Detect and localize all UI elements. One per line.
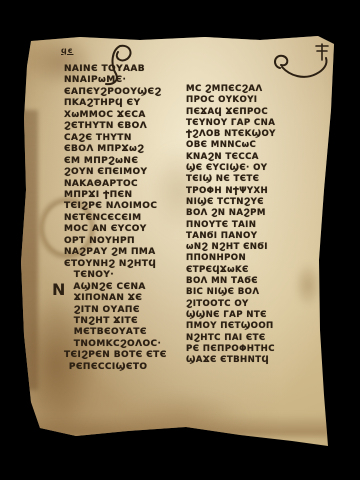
manuscript-photo: ϥє Ν ΝΑΙΝЄ ΤΟΥΑΑΒΝΝΑΙΡωΜЄ·ЄΑΠЄΥϨΡΟΟΥϢЄϨΠ…: [0, 0, 360, 480]
manuscript-text-line: ΤЄΥΝΟΥ ΓΑΡ CΝΑ: [186, 118, 328, 129]
text-column-right: ΜC ϨΜΠЄCϨΑΛΠΡΟC ΟΥΚΟΥΙΠЄϪΑϤ ϪЄΠΡΟCΤЄΥΝΟΥ…: [186, 84, 328, 366]
manuscript-text-line: ΝΑΚΑΘΑΡΤΟC: [64, 179, 186, 190]
manuscript-text-line: ΠΚΑϨΤΗΡϤ ЄΥ: [64, 98, 186, 109]
manuscript-text-line: ЄΤΡЄϤϪωΚЄ: [186, 265, 328, 276]
stain-bottom-band: [30, 414, 330, 436]
manuscript-text-line: ΡЄΠЄCCΙϢЄΤΟ: [64, 362, 186, 373]
manuscript-text-line: ΝΑΙΝЄ ΤΟΥΑΑΒ: [64, 64, 186, 75]
manuscript-text-line: ΝϨΗΤC ΠΑΙ ЄΤЄ: [186, 333, 328, 344]
manuscript-text-line: ΒΟΛ ΜΝ ΤΑϬЄ: [186, 276, 328, 287]
manuscript-text-line: ϨΙΤΟΟΤC ΟΥ: [186, 299, 328, 310]
manuscript-text-line: ΑϢΝϨЄ CЄΝΑ: [64, 282, 186, 293]
parchment-leaf: ϥє Ν ΝΑΙΝЄ ΤΟΥΑΑΒΝΝΑΙΡωΜЄ·ЄΑΠЄΥϨΡΟΟΥϢЄϨΠ…: [0, 0, 360, 480]
manuscript-text-line: CΑϨЄ ΤΗΥΤΝ: [64, 133, 186, 144]
manuscript-text-line: ϨЄΤΗΥΤΝ ЄΒΟΛ: [64, 121, 186, 132]
manuscript-text-line: ΠΡΟC ΟΥΚΟΥΙ: [186, 95, 328, 106]
manuscript-text-line: ΤΝΟΜΚCϨΟΛΟC·: [64, 339, 186, 350]
manuscript-text-line: ΜЄΤΒЄΟΥΑΤЄ: [64, 327, 186, 338]
manuscript-text-line: ЄΒΟΛ ΜΠΡϪωϨ: [64, 144, 186, 155]
manuscript-text-line: ЄΑΠЄΥϨΡΟΟΥϢЄϨ: [64, 87, 186, 98]
folio-number-mark: ϥє: [61, 46, 73, 55]
manuscript-text-line: ΝЄΤЄΝCЄCЄΙΜ: [64, 213, 186, 224]
manuscript-text-line: ϮϨΛΟΒ ΝΤЄΚϢΟΥ: [186, 129, 328, 140]
manuscript-text-line: ΤЄΙϢ ΝЄ ΤЄΤЄ: [186, 174, 328, 185]
manuscript-text-line: ΜΟC ΑΝ ЄΥCΟΥ: [64, 224, 186, 235]
manuscript-text-line: ϢЄ ЄΥCΙϢЄ· ΟΥ: [186, 163, 328, 174]
manuscript-text-line: ΤЄΝΟΥ·: [64, 270, 186, 281]
manuscript-text-line: ΠΠΟΝΗΡΟΝ: [186, 253, 328, 264]
manuscript-text-line: ЄΜ ΜΠΡϨωΝЄ: [64, 156, 186, 167]
manuscript-text-line: ΡЄ ΠЄΠΡΟΦΗΤΗC: [186, 344, 328, 355]
stain-left-edge-streak: [18, 110, 38, 390]
stain-bottom-center: [118, 392, 248, 442]
manuscript-text-line: ΤΡΟΦΗ ΝϮΨΥΧΗ: [186, 186, 328, 197]
manuscript-text-line: ΒΙC ΝΙϢЄ ΒΟΛ: [186, 287, 328, 298]
manuscript-text-line: ϢϢΝЄ ΓΑΡ ΝΤЄ: [186, 310, 328, 321]
manuscript-text-line: ϨΙΤΝ ΟΥΑΠЄ: [64, 305, 186, 316]
manuscript-text-line: ΤΝϨΗΤ ϪΙΤЄ: [64, 316, 186, 327]
manuscript-text-line: ΝΙϢЄ ΤCΤΝϨΥЄ: [186, 197, 328, 208]
manuscript-text-line: ΠΝΟΥΤЄ ΤΑΙΝ: [186, 220, 328, 231]
manuscript-text-line: ΤΑΝϬΙ ΠΑΝΟΥ: [186, 231, 328, 242]
manuscript-text-line: ΟΒЄ ΜΝΝCωC: [186, 140, 328, 151]
manuscript-text-line: ωΝϨ ΝϨΗΤ ЄΝϬΙ: [186, 242, 328, 253]
manuscript-text-line: ΠЄϪΑϤ ϪЄΠΡΟC: [186, 107, 328, 118]
manuscript-text-line: ΠΜΟΥ ΠЄΤϢΟΟΠ: [186, 321, 328, 332]
text-column-left: ΝΑΙΝЄ ΤΟΥΑΑΒΝΝΑΙΡωΜЄ·ЄΑΠЄΥϨΡΟΟΥϢЄϨΠΚΑϨΤΗ…: [64, 64, 186, 373]
manuscript-text-line: ΒΟΛ ϨΝ ΝΑϨΡΜ: [186, 208, 328, 219]
manuscript-text-line: ϢΑϪЄ ЄΤΒΗΝΤϤ: [186, 355, 328, 366]
manuscript-text-line: ΟΡΤ ΝΟΥΗΡΠ: [64, 236, 186, 247]
manuscript-text-line: ΝΝΑΙΡωΜЄ·: [64, 75, 186, 86]
manuscript-text-line: ϪΙΠΟΝΑΝ ϪЄ: [64, 293, 186, 304]
manuscript-text-line: ΝΑϨΡΑΥ ϨΜ ΠΜΑ: [64, 247, 186, 258]
manuscript-text-line: ΜΠΡϪΙ ϮΠЄΝ: [64, 190, 186, 201]
manuscript-text-line: ΤЄΙϨΡЄΝ ΒΟΤЄ ЄΤЄ: [64, 350, 186, 361]
manuscript-text-line: ΚΝΑϨΝ ΤЄCCΑ: [186, 152, 328, 163]
manuscript-text-line: ΧωΜΜΟC ϪЄCΑ: [64, 110, 186, 121]
manuscript-text-line: ΤЄΙϨΡЄ ΝΛΟΙΜΟC: [64, 201, 186, 212]
manuscript-text-line: ϨΟΥΝ ЄΠЄΙΜΟΥ: [64, 167, 186, 178]
manuscript-text-line: ЄΤΟΥΝΗϨ ΝϨΗΤϤ: [64, 259, 186, 270]
manuscript-text-line: ΜC ϨΜΠЄCϨΑΛ: [186, 84, 328, 95]
